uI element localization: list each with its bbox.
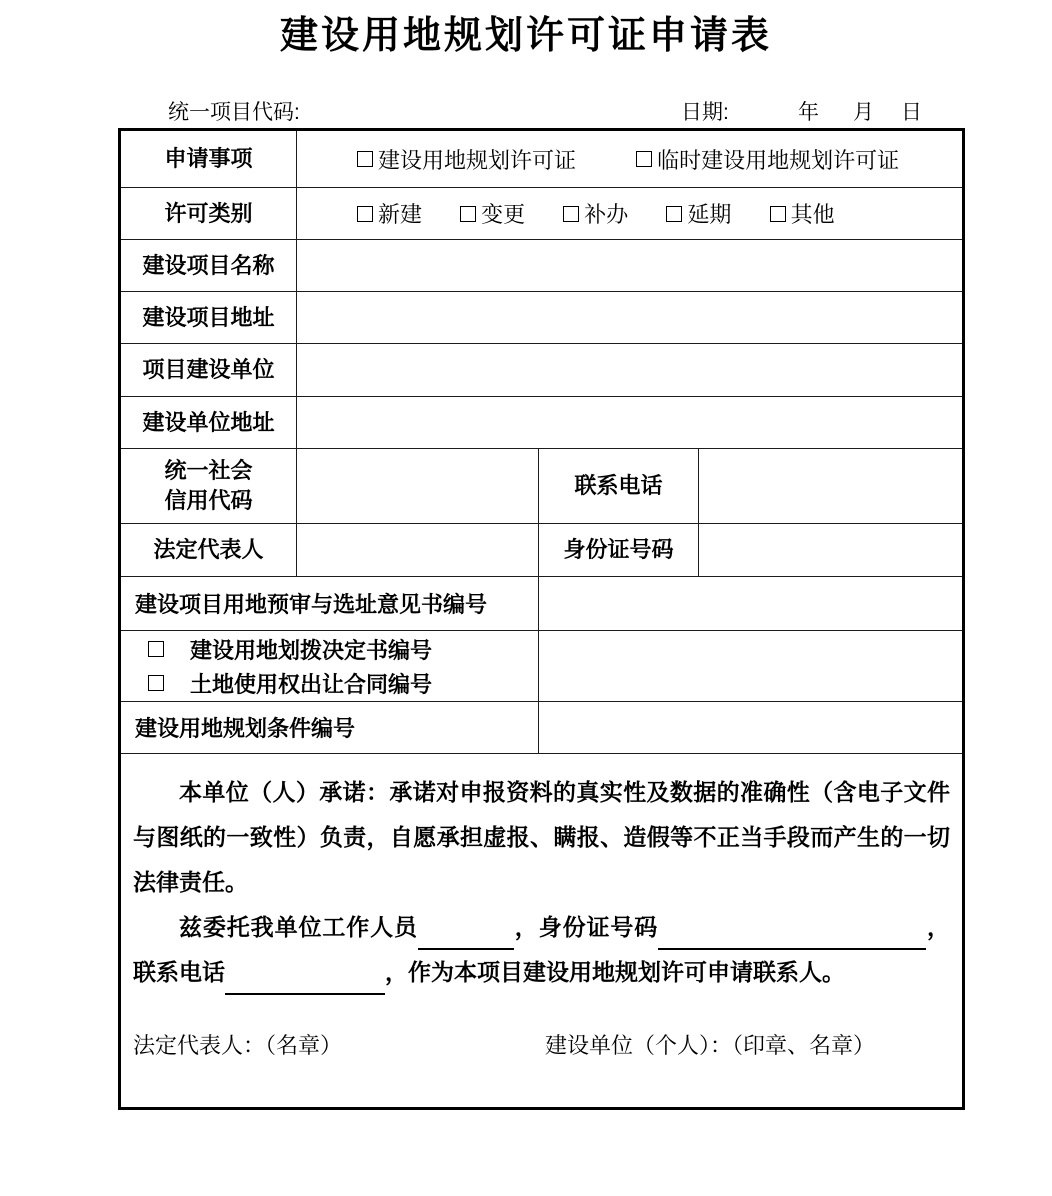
option-label: 延期 <box>687 198 731 229</box>
option-label: 补办 <box>584 198 628 229</box>
checkbox-icon[interactable] <box>148 641 164 657</box>
credit-code-label-cell: 统一社会 信用代码 <box>120 449 297 524</box>
construction-unit-label: 项目建设单位 <box>142 357 274 382</box>
signature-row: 法定代表人：（名章） 建设单位（个人）：（印章、名章） <box>133 1029 950 1059</box>
option-other[interactable]: 其他 <box>770 198 835 229</box>
project-address-value-cell[interactable] <box>297 292 964 344</box>
option-allocation-decision[interactable]: 建设用地划拨决定书编号 <box>121 632 538 666</box>
delegate-id-blank[interactable] <box>658 926 926 950</box>
credit-code-value-cell[interactable] <box>297 449 539 524</box>
month-label: 月 <box>853 96 874 126</box>
option-label: 临时建设用地规划许可证 <box>657 144 899 175</box>
checkbox-icon[interactable] <box>357 206 373 222</box>
land-document-number-value-cell[interactable] <box>539 631 964 702</box>
day-label: 日 <box>901 96 922 126</box>
project-name-label-cell: 建设项目名称 <box>120 240 297 292</box>
checkbox-icon[interactable] <box>563 206 579 222</box>
id-number-label: 身份证号码 <box>563 537 673 562</box>
project-name-value-cell[interactable] <box>297 240 964 292</box>
application-item-label-cell: 申请事项 <box>120 130 297 188</box>
credit-code-label-line1: 统一社会 <box>121 456 296 486</box>
unit-address-value-cell[interactable] <box>297 397 964 449</box>
option-temporary-construction-land-permit[interactable]: 临时建设用地规划许可证 <box>636 144 899 175</box>
option-change[interactable]: 变更 <box>460 198 525 229</box>
delegation-paragraph: 兹委托我单位工作人员，身份证号码，联系电话，作为本项目建设用地规划许可申请联系人… <box>133 905 950 995</box>
option-land-transfer-contract[interactable]: 土地使用权出让合同编号 <box>121 666 538 700</box>
delegation-part2: ，身份证号码 <box>514 914 658 940</box>
commitment-paragraph: 本单位（人）承诺：承诺对申报资料的真实性及数据的准确性（含电子文件与图纸的一致性… <box>133 770 950 905</box>
date-label: 日期: <box>681 96 729 126</box>
page-title: 建设用地规划许可证申请表 <box>0 4 1052 59</box>
planning-condition-value-cell[interactable] <box>539 702 964 754</box>
option-label: 建设用地规划许可证 <box>378 144 576 175</box>
checkbox-icon[interactable] <box>770 206 786 222</box>
legal-rep-label: 法定代表人 <box>153 537 263 562</box>
option-label: 土地使用权出让合同编号 <box>190 668 432 699</box>
checkbox-icon[interactable] <box>666 206 682 222</box>
option-retroactive[interactable]: 补办 <box>563 198 628 229</box>
application-item-label: 申请事项 <box>164 146 252 171</box>
project-address-label-cell: 建设项目地址 <box>120 292 297 344</box>
checkbox-icon[interactable] <box>357 151 373 167</box>
application-form-page: 建设用地规划许可证申请表 统一项目代码: 日期: 年 月 日 申请事项 建设用地… <box>0 0 1052 1196</box>
unit-address-label-cell: 建设单位地址 <box>120 397 297 449</box>
option-extension[interactable]: 延期 <box>666 198 731 229</box>
delegate-phone-blank[interactable] <box>225 971 385 995</box>
option-construction-land-permit[interactable]: 建设用地规划许可证 <box>357 144 576 175</box>
option-label: 其他 <box>791 198 835 229</box>
delegation-part1: 兹委托我单位工作人员 <box>179 914 418 940</box>
permit-category-options-cell: 新建 变更 补办 延期 其他 <box>297 188 964 240</box>
id-number-value-cell[interactable] <box>699 524 964 577</box>
preexam-siting-label: 建设项目用地预审与选址意见书编号 <box>135 592 487 617</box>
preexam-siting-value-cell[interactable] <box>539 577 964 631</box>
land-document-options-cell: 建设用地划拨决定书编号 土地使用权出让合同编号 <box>120 631 539 702</box>
credit-code-label-line2: 信用代码 <box>121 486 296 516</box>
contact-phone-label-cell: 联系电话 <box>539 449 699 524</box>
project-name-label: 建设项目名称 <box>142 253 274 278</box>
legal-rep-value-cell[interactable] <box>297 524 539 577</box>
project-address-label: 建设项目地址 <box>142 305 274 330</box>
unified-project-code-label: 统一项目代码: <box>168 96 300 126</box>
preexam-siting-label-cell: 建设项目用地预审与选址意见书编号 <box>120 577 539 631</box>
checkbox-icon[interactable] <box>460 206 476 222</box>
application-form-table: 申请事项 建设用地规划许可证 临时建设用地规划许可证 许可类别 <box>118 128 965 1110</box>
construction-unit-value-cell[interactable] <box>297 344 964 397</box>
contact-phone-value-cell[interactable] <box>699 449 964 524</box>
option-new-build[interactable]: 新建 <box>357 198 422 229</box>
commitment-cell: 本单位（人）承诺：承诺对申报资料的真实性及数据的准确性（含电子文件与图纸的一致性… <box>120 754 964 1109</box>
contact-phone-label: 联系电话 <box>574 473 662 498</box>
option-label: 新建 <box>378 198 422 229</box>
legal-rep-label-cell: 法定代表人 <box>120 524 297 577</box>
unit-address-label: 建设单位地址 <box>142 410 274 435</box>
year-label: 年 <box>798 96 819 126</box>
permit-category-label-cell: 许可类别 <box>120 188 297 240</box>
permit-category-label: 许可类别 <box>164 201 252 226</box>
option-label: 变更 <box>481 198 525 229</box>
application-item-options-cell: 建设用地规划许可证 临时建设用地规划许可证 <box>297 130 964 188</box>
construction-unit-label-cell: 项目建设单位 <box>120 344 297 397</box>
planning-condition-label: 建设用地规划条件编号 <box>135 716 355 741</box>
planning-condition-label-cell: 建设用地规划条件编号 <box>120 702 539 754</box>
id-number-label-cell: 身份证号码 <box>539 524 699 577</box>
checkbox-icon[interactable] <box>148 675 164 691</box>
option-label: 建设用地划拨决定书编号 <box>190 634 432 665</box>
legal-rep-signature-label: 法定代表人：（名章） <box>133 1033 342 1058</box>
delegate-name-blank[interactable] <box>418 926 514 950</box>
delegation-part4: ，作为本项目建设用地规划许可申请联系人。 <box>385 959 845 985</box>
checkbox-icon[interactable] <box>636 151 652 167</box>
unit-signature-label: 建设单位（个人）：（印章、名章） <box>545 1029 875 1060</box>
